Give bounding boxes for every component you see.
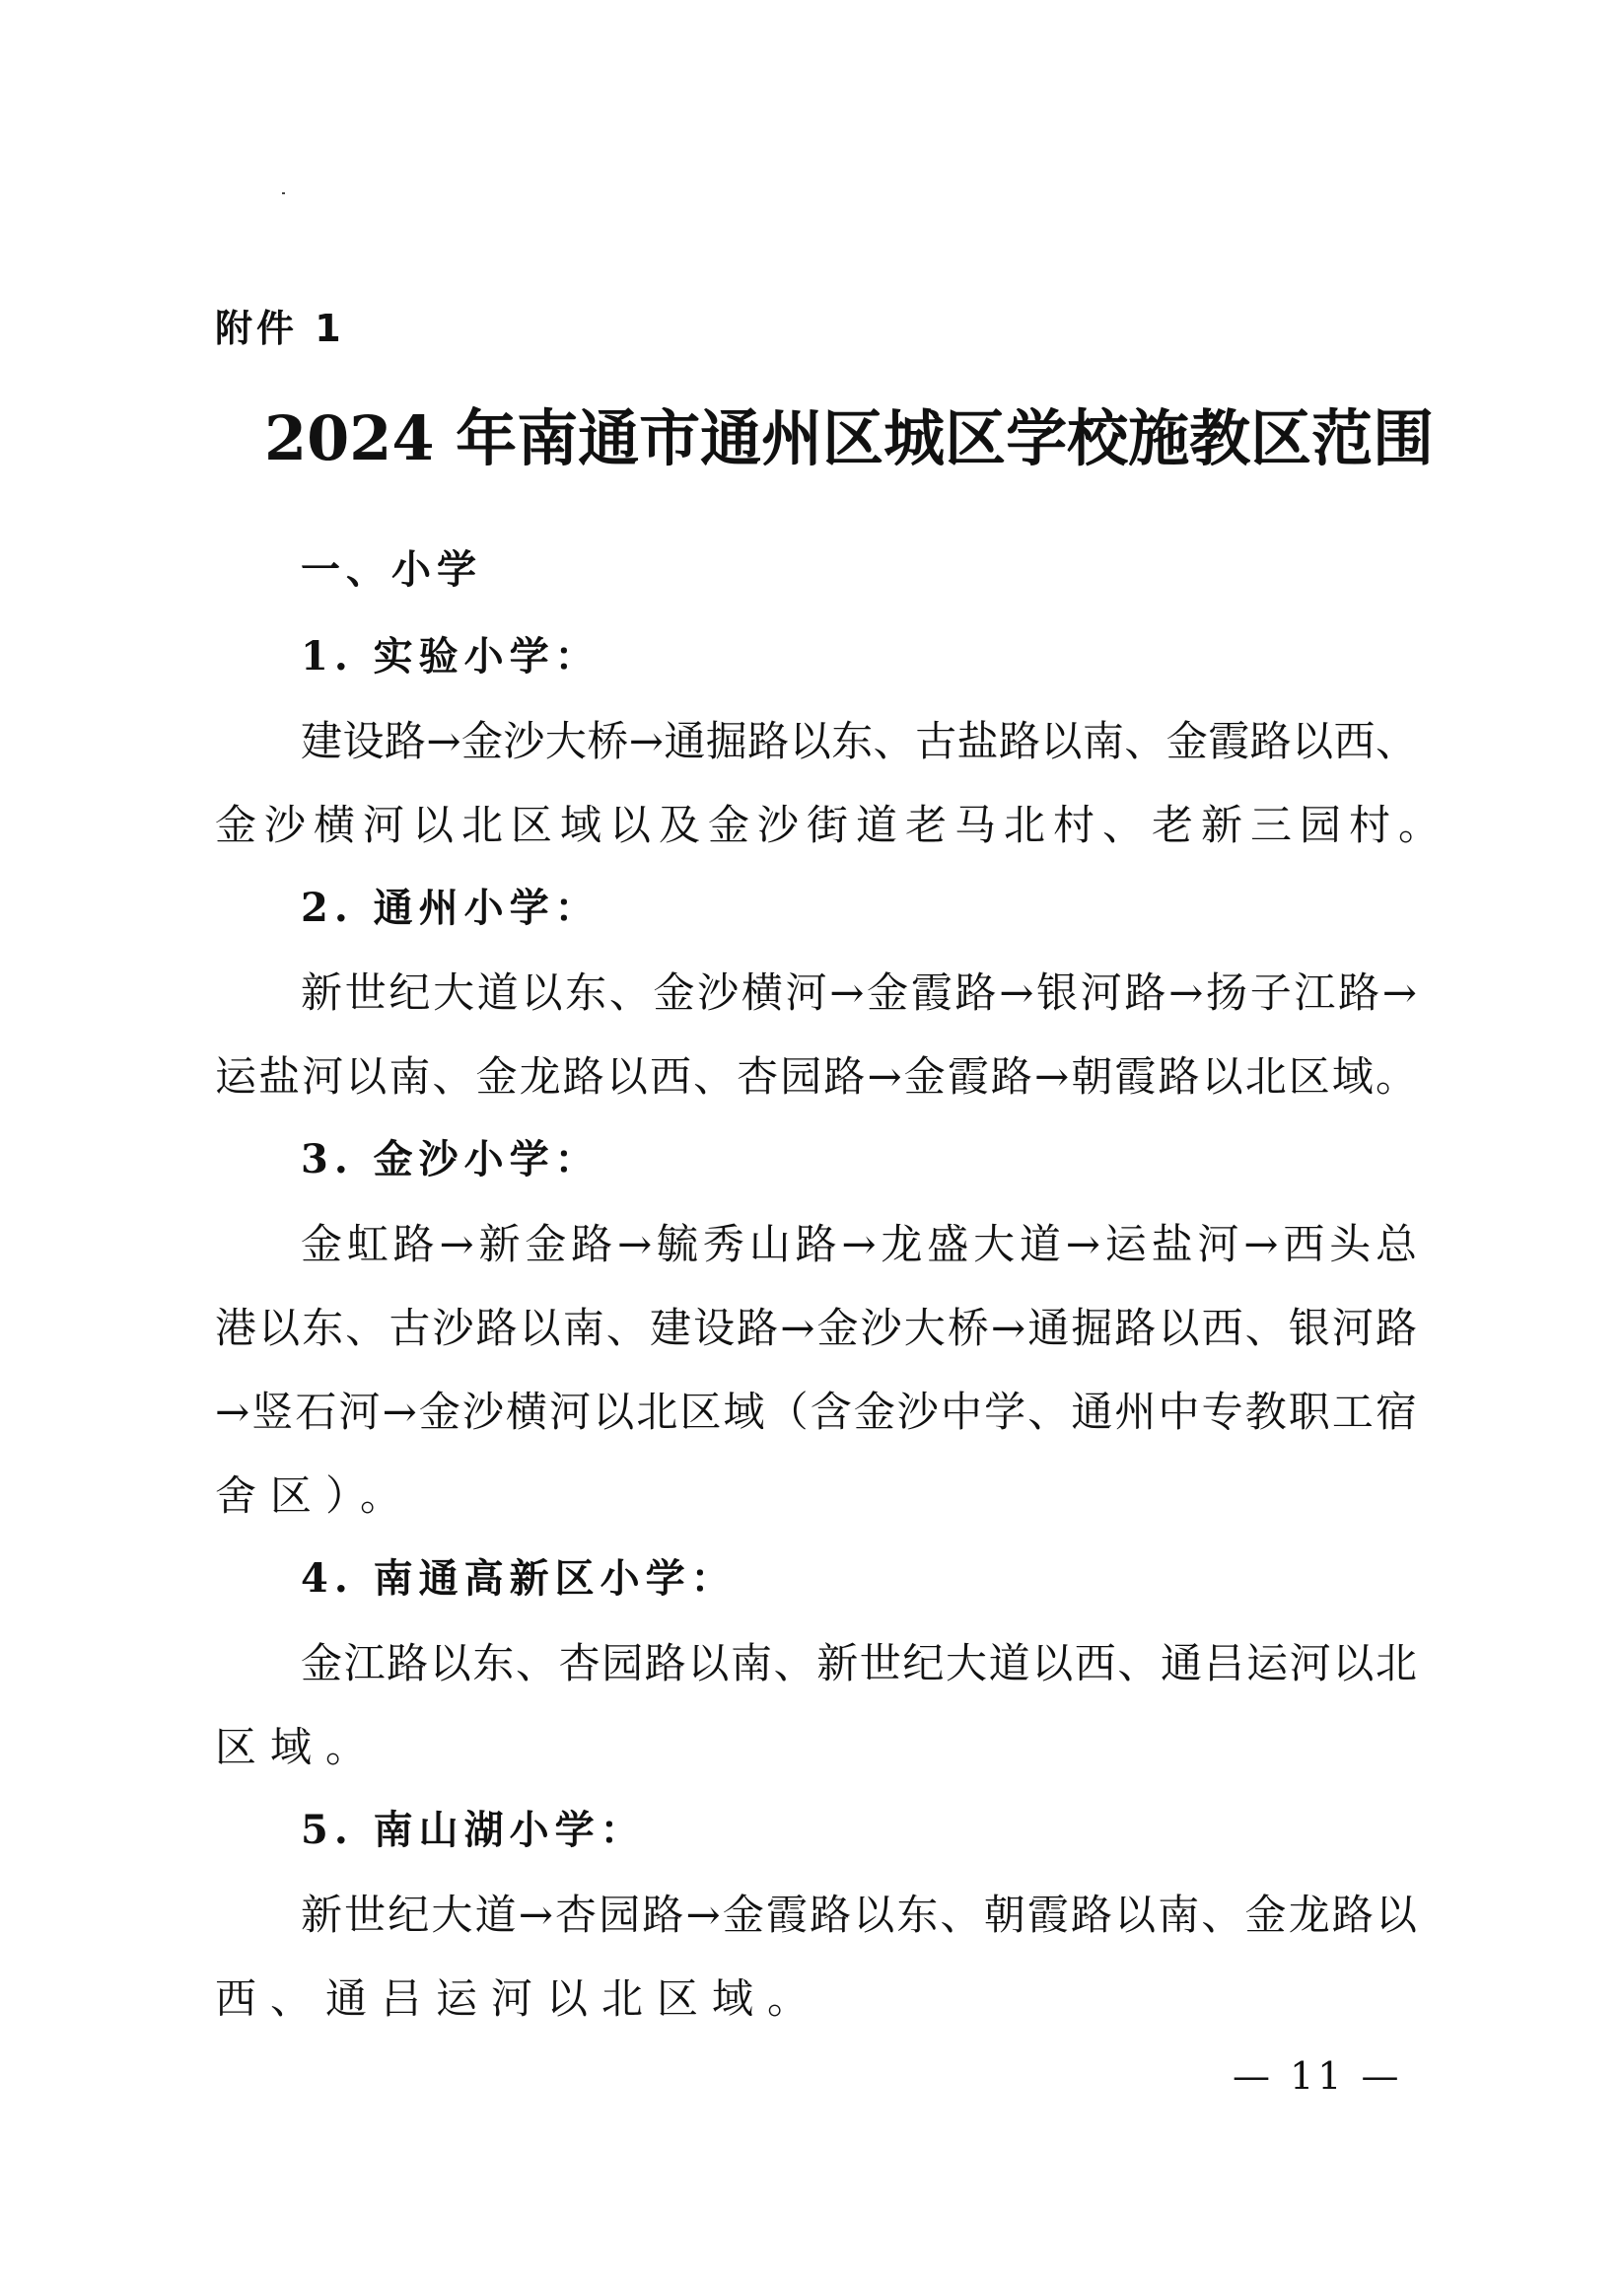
scan-speck [282, 192, 285, 194]
school-description-line: →竖石河→金沙横河以北区域（含金沙中学、通州中专教职工宿 [215, 1392, 1417, 1435]
school-heading: 4. 南通高新区小学： [301, 1559, 737, 1603]
school-description-line: 金江路以东、杏园路以南、新世纪大道以西、通吕运河以北 [301, 1643, 1417, 1686]
school-description-line: 运盐河以南、金龙路以西、杏园路→金霞路→朝霞路以北区域。 [215, 1056, 1417, 1100]
school-description-line: 舍区）。 [215, 1475, 415, 1519]
school-description-line: 新世纪大道→杏园路→金霞路以东、朝霞路以南、金龙路以 [301, 1895, 1417, 1938]
school-heading: 5. 南山湖小学： [301, 1811, 646, 1854]
document-title: 2024 年南通市通州区城区学校施教区范围 [264, 408, 1359, 477]
school-description-line: 金虹路→新金路→毓秀山路→龙盛大道→运盐河→西头总 [301, 1224, 1417, 1267]
school-heading: 1. 实验小学： [301, 637, 600, 680]
school-description-line: 港以东、古沙路以南、建设路→金沙大桥→通掘路以西、银河路 [215, 1308, 1417, 1351]
page-number: — 11 — [1233, 2057, 1403, 2101]
school-description-line: 区域。 [215, 1727, 381, 1770]
section-heading-primary-school: 一、小学 [301, 550, 482, 594]
school-description-line: 建设路→金沙大桥→通掘路以东、古盐路以南、金霞路以西、 [301, 721, 1417, 764]
document-page: 附件 1 2024 年南通市通州区城区学校施教区范围 一、小学 1. 实验小学：… [0, 0, 1624, 2289]
school-heading: 3. 金沙小学： [301, 1140, 600, 1183]
school-heading: 2. 通州小学： [301, 889, 600, 932]
attachment-label: 附件 1 [215, 310, 345, 353]
school-description-line: 西、通吕运河以北区域。 [215, 1978, 822, 2022]
school-description-line: 金沙横河以北区域以及金沙街道老马北村、老新三园村。 [215, 805, 1417, 848]
school-description-line: 新世纪大道以东、金沙横河→金霞路→银河路→扬子江路→ [301, 972, 1417, 1016]
